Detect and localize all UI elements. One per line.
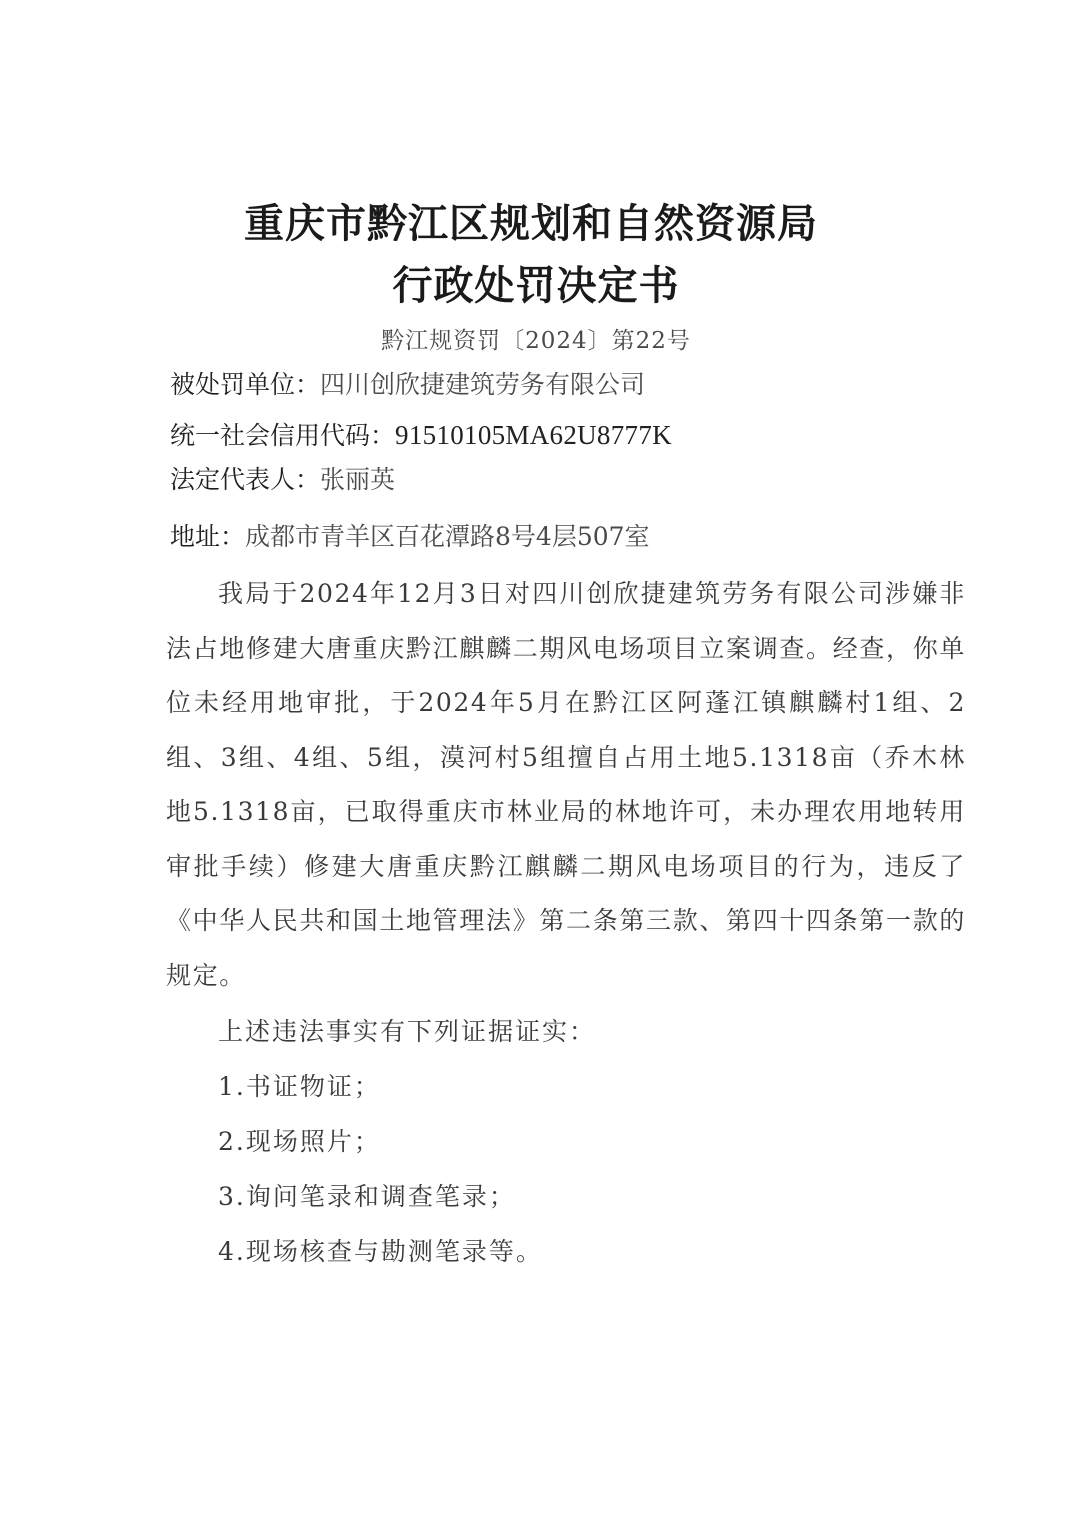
field-label: 地址：	[170, 522, 245, 551]
evidence-list: 1.书证物证； 2.现场照片； 3.询问笔录和调查笔录； 4.现场核查与勘测笔录…	[218, 1059, 543, 1279]
case-facts-paragraph: 我局于2024年12月3日对四川创欣捷建筑劳务有限公司涉嫌非法占地修建大唐重庆黔…	[166, 567, 966, 1003]
issuing-authority-title: 重庆市黔江区规划和自然资源局	[0, 200, 1067, 248]
field-label: 法定代表人：	[170, 465, 320, 494]
field-address: 地址：成都市青羊区百花潭路8号4层507室	[170, 520, 650, 554]
evidence-intro: 上述违法事实有下列证据证实：	[218, 1005, 596, 1059]
document-type-title: 行政处罚决定书	[0, 262, 1072, 310]
document-page: 重庆市黔江区规划和自然资源局 行政处罚决定书 黔江规资罚〔2024〕第22号 被…	[0, 0, 1072, 1531]
evidence-item: 1.书证物证；	[218, 1059, 543, 1114]
field-value: 四川创欣捷建筑劳务有限公司	[320, 370, 645, 399]
field-penalized-party: 被处罚单位：四川创欣捷建筑劳务有限公司	[170, 368, 645, 402]
evidence-item: 2.现场照片；	[218, 1114, 543, 1169]
field-value: 成都市青羊区百花潭路8号4层507室	[245, 522, 650, 551]
field-value: 91510105MA62U8777K	[395, 420, 672, 450]
field-credit-code: 统一社会信用代码：91510105MA62U8777K	[170, 418, 672, 453]
evidence-item: 3.询问笔录和调查笔录；	[218, 1169, 543, 1224]
evidence-item: 4.现场核查与勘测笔录等。	[218, 1224, 543, 1279]
field-label: 被处罚单位：	[170, 370, 320, 399]
field-label: 统一社会信用代码：	[170, 421, 395, 450]
document-number: 黔江规资罚〔2024〕第22号	[0, 326, 1072, 356]
field-value: 张丽英	[320, 465, 395, 494]
field-legal-representative: 法定代表人：张丽英	[170, 463, 395, 497]
